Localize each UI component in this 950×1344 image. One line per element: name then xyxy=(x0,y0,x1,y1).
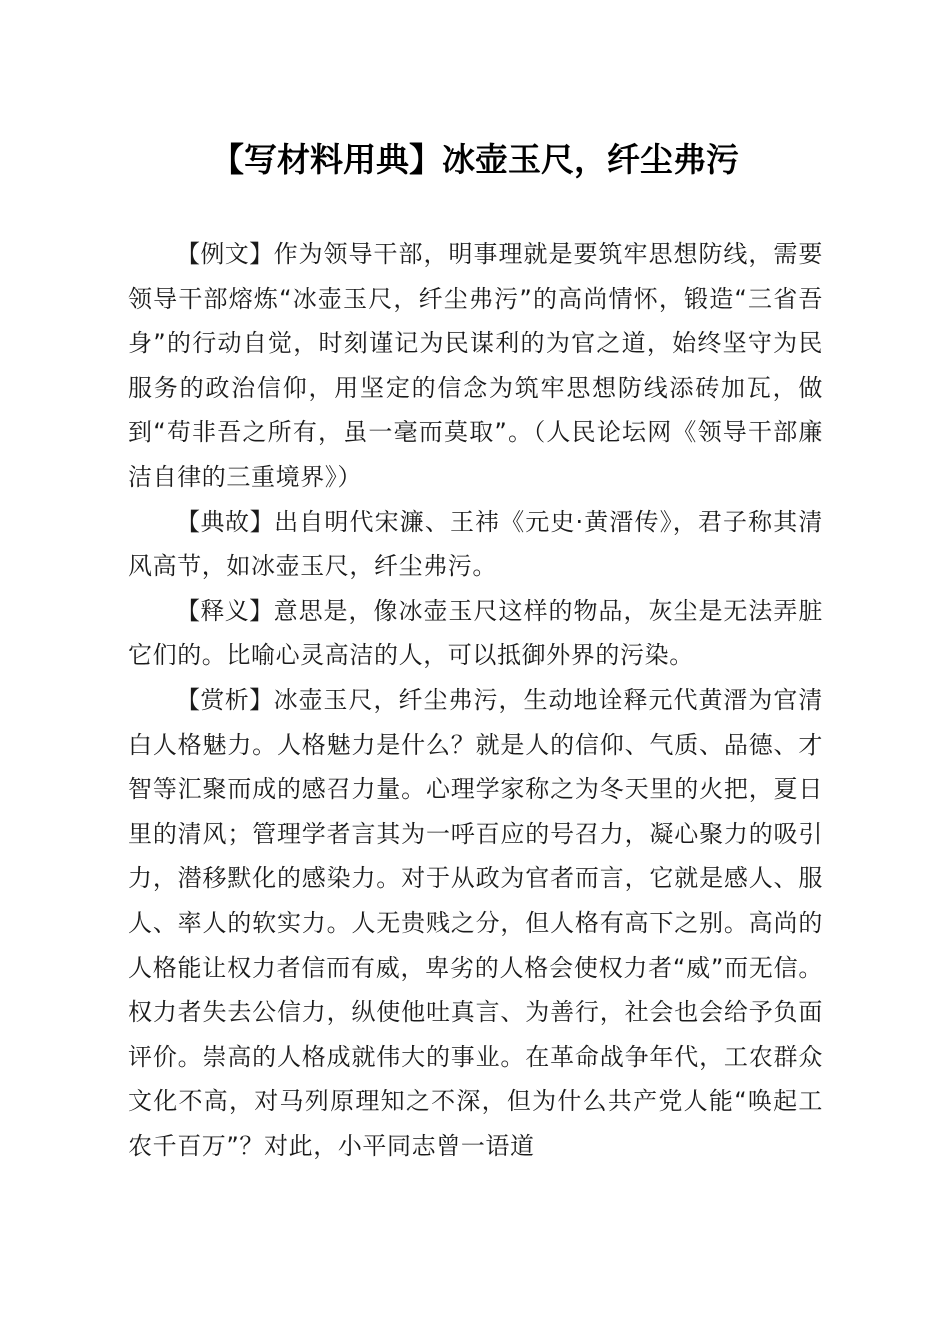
paragraph-text: 作为领导干部，明事理就是要筑牢思想防线，需要领导干部熔炼“冰壶玉尺，纤尘弗污”的… xyxy=(128,240,823,491)
paragraph-explanation: 【释义】意思是，像冰壶玉尺这样的物品，灰尘是无法弄脏它们的。比喻心灵高洁的人，可… xyxy=(128,589,823,678)
paragraph-label: 【典故】 xyxy=(176,508,274,536)
paragraph-label: 【释义】 xyxy=(176,597,274,625)
paragraph-text: 冰壶玉尺，纤尘弗污，生动地诠释元代黄溍为官清白人格魅力。人格魅力是什么？就是人的… xyxy=(128,686,823,1160)
paragraph-example: 【例文】作为领导干部，明事理就是要筑牢思想防线，需要领导干部熔炼“冰壶玉尺，纤尘… xyxy=(128,232,823,500)
paragraph-appreciation: 【赏析】冰壶玉尺，纤尘弗污，生动地诠释元代黄溍为官清白人格魅力。人格魅力是什么？… xyxy=(128,678,823,1169)
paragraph-label: 【例文】 xyxy=(176,240,274,268)
document-page: 【写材料用典】冰壶玉尺，纤尘弗污 【例文】作为领导干部，明事理就是要筑牢思想防线… xyxy=(0,0,950,1344)
paragraph-allusion: 【典故】出自明代宋濂、王祎《元史·黄溍传》，君子称其清风高节，如冰壶玉尺，纤尘弗… xyxy=(128,500,823,589)
document-body: 【例文】作为领导干部，明事理就是要筑牢思想防线，需要领导干部熔炼“冰壶玉尺，纤尘… xyxy=(128,232,823,1168)
paragraph-label: 【赏析】 xyxy=(176,686,274,714)
document-title: 【写材料用典】冰壶玉尺，纤尘弗污 xyxy=(0,138,950,182)
